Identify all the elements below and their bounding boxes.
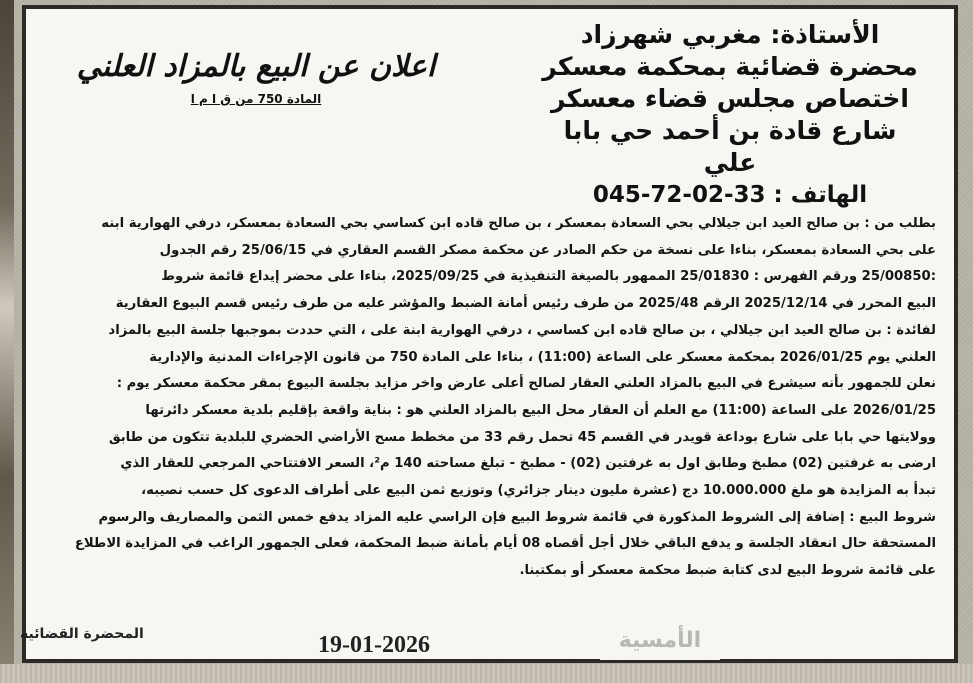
bailiff-signature: المحضرة القضائية <box>20 626 144 642</box>
bailiff-address: شارع قادة بن أحمد حي بابا علي <box>540 115 920 179</box>
body-line: وولايتها حي بابا على شارع بوداعة قويدر ف… <box>36 425 936 452</box>
body-line: لفائدة : بن صالح العيد ابن جيلالي ، بن ص… <box>36 318 936 345</box>
newspaper-logo-text: الأمسية <box>619 628 701 653</box>
publication-date: 19-01-2026 <box>290 632 458 659</box>
notice-title-block: اعلان عن البيع بالمزاد العلني المادة 750… <box>46 49 466 107</box>
body-line: على قائمة شروط البيع لدى كتابة ضبط محكمة… <box>36 558 936 585</box>
phone-label: الهاتف : <box>774 182 868 208</box>
notice-title: اعلان عن البيع بالمزاد العلني <box>46 49 466 84</box>
body-line: 2026/01/25 على الساعة (11:00) مع العلم أ… <box>36 398 936 425</box>
auction-notice: الأستاذة: مغربي شهرزاد محضرة قضائية بمحك… <box>22 5 958 663</box>
body-line: العلني يوم 2026/01/25 بمحكمة معسكر على ا… <box>36 345 936 372</box>
notice-body: بطلب من : بن صالح العيد ابن جيلالي بحي ا… <box>36 211 936 585</box>
bailiff-role: محضرة قضائية بمحكمة معسكر <box>540 51 920 83</box>
bailiff-name: الأستاذة: مغربي شهرزاد <box>540 19 920 51</box>
body-line: بطلب من : بن صالح العيد ابن جيلالي بحي ا… <box>36 211 936 238</box>
body-line: البيع المحرر في 2025/12/14 الرقم 2025/48… <box>36 291 936 318</box>
body-line: شروط البيع : إضافة إلى الشروط المذكورة ف… <box>36 505 936 532</box>
page-edge-texture <box>0 0 14 683</box>
bailiff-header: الأستاذة: مغربي شهرزاد محضرة قضائية بمحك… <box>540 19 920 211</box>
legal-reference: المادة 750 من ق ا م ا <box>191 92 322 106</box>
body-line: نعلن للجمهور بأنه سيشرع في البيع بالمزاد… <box>36 371 936 398</box>
body-line: ارضى به غرفتين (02) مطبخ وطابق اول به غر… <box>36 451 936 478</box>
bailiff-jurisdiction: اختصاص مجلس قضاء معسكر <box>540 83 920 115</box>
body-line: المستحقة حال انعقاد الجلسة و يدفع الباقي… <box>36 531 936 558</box>
page-bottom-texture <box>0 664 973 683</box>
body-line: :25/00850 ورقم الفهرس : 25/01830 الممهور… <box>36 264 936 291</box>
newspaper-logo: الأمسية <box>600 620 720 660</box>
body-line: على بحي السعادة بمعسكر، بناءا على نسخة م… <box>36 238 936 265</box>
phone-number: 045-72-02-33 <box>593 182 766 208</box>
body-line: تبدأ به المزايدة هو ملغ 10.000.000 دج (ع… <box>36 478 936 505</box>
bailiff-phone: الهاتف : 045-72-02-33 <box>540 179 920 211</box>
